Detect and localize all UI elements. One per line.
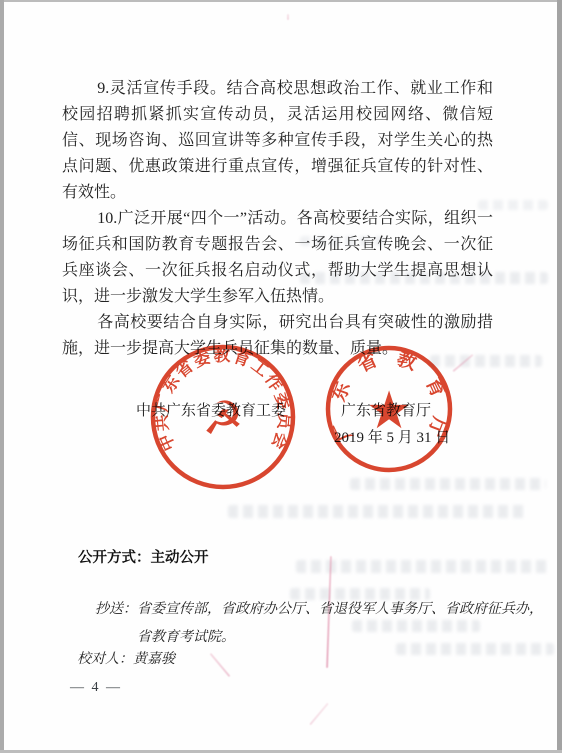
scan-edge-left [0,0,4,753]
cc-list-line2: 省教育考试院。 [137,626,235,646]
bleedthrough-mark [296,560,550,573]
bleedthrough-mark [228,505,528,518]
paragraph-10: 10.广泛开展“四个一”活动。各高校要结合实际，组织一场征兵和国防教育专题报告会… [62,206,493,310]
scan-edge-right [557,0,562,753]
proofreader-line: 校对人：黄嘉骏 [77,648,175,668]
official-seal-education-department: 广东省教育厅 ★ [324,344,454,474]
official-seal-party-committee: 中共广东省委教育工作委员会 ☭ [148,342,298,492]
ink-bleed-mark [210,653,231,677]
paragraph-9: 9.灵活宣传手段。结合高校思想政治工作、就业工作和校园招聘抓紧抓实宣传动员，灵活… [62,76,493,206]
bleedthrough-mark [352,620,480,632]
scanned-document-page: 9.灵活宣传手段。结合高校思想政治工作、就业工作和校园招聘抓紧抓实宣传动员，灵活… [0,0,562,753]
document-body: 9.灵活宣传手段。结合高校思想政治工作、就业工作和校园招聘抓紧抓实宣传动员，灵活… [62,76,493,362]
ink-bleed-mark [309,703,329,726]
disclosure-method: 公开方式：主动公开 [78,546,209,567]
hammer-sickle-icon: ☭ [202,391,243,445]
bleedthrough-mark [396,643,554,655]
scan-edge-top [0,0,562,2]
cc-list-line1: 抄送：省委宣传部，省政府办公厅、省退役军人事务厅、省政府征兵办， [95,598,543,618]
star-icon: ★ [366,381,413,441]
page-number: — 4 — [70,680,122,696]
ink-bleed-mark [287,14,289,20]
bleedthrough-mark [350,478,546,490]
